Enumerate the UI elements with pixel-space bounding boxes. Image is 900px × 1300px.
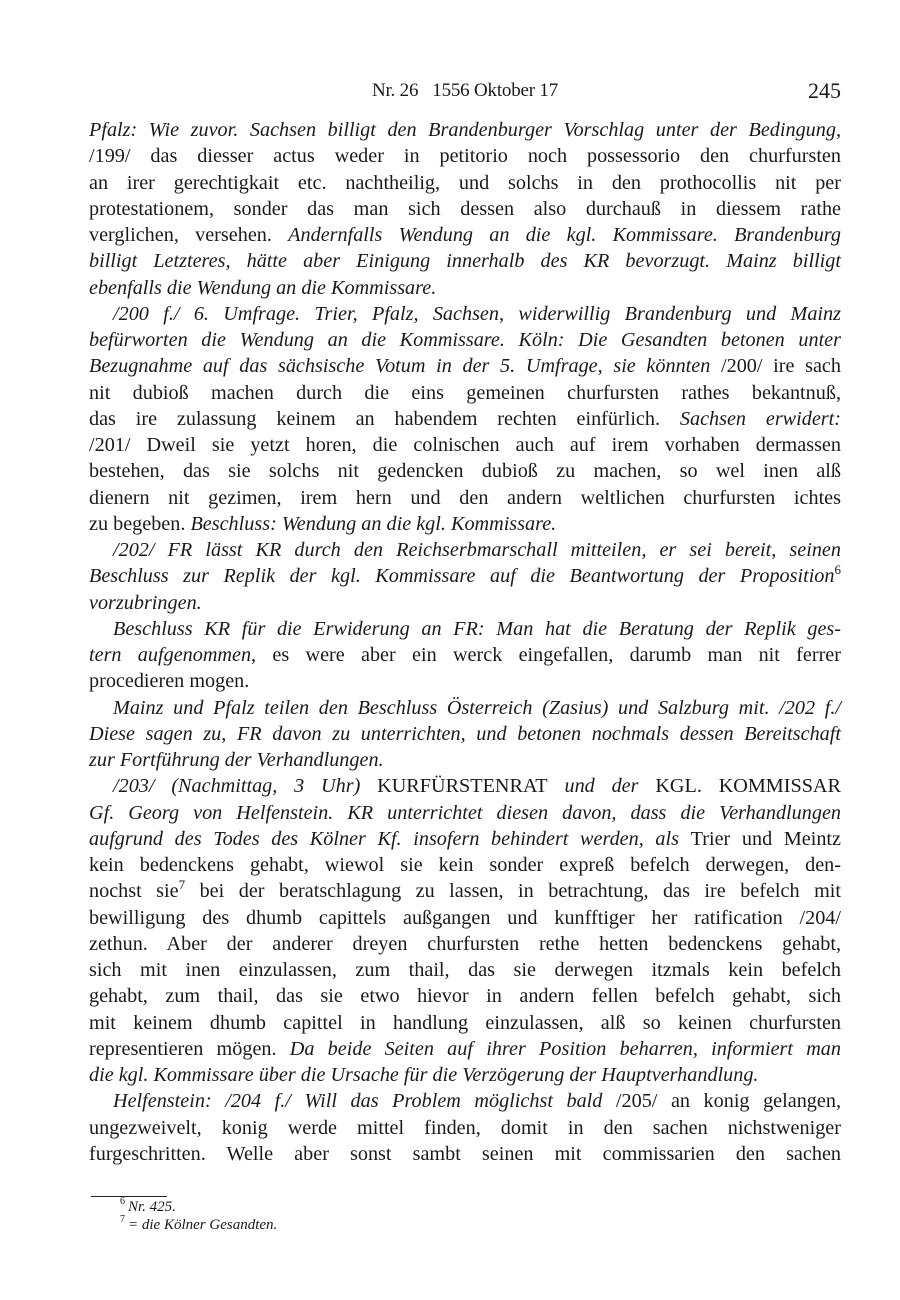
source-quotation: /200/ ire sach — [721, 355, 841, 377]
text-line: dienern nit gezimen, irem hern und den a… — [89, 485, 841, 511]
text-line: gehabt, zum thail, das sie etwo hievor i… — [89, 983, 841, 1009]
text-line: tern aufgenommen, es were aber ein werck… — [89, 642, 841, 668]
text-line: representieren mögen. Da beide Seiten au… — [89, 1036, 841, 1062]
footnote-marker: 6 — [120, 1196, 125, 1207]
source-quotation: sich mit inen einzulassen, zum thail, da… — [89, 959, 841, 981]
text-line: kein bedenckens gehabt, wiewol sie kein … — [89, 852, 841, 878]
editorial-text: die kgl. Kommissare über die Ursache für… — [89, 1064, 758, 1086]
text-line: an irer gerechtigkait etc. nachtheilig, … — [89, 170, 841, 196]
text-line: Gf. Georg von Helfenstein. KR unterricht… — [89, 800, 841, 826]
text-line: bestehen, das sie solchs nit gedencken d… — [89, 458, 841, 484]
source-quotation: verglichen, versehen. — [89, 224, 288, 246]
text-line: aufgrund des Todes des Kölner Kf. insofe… — [89, 826, 841, 852]
text-line: /203/ (Nachmittag, 3 Uhr) KURFÜRSTENRAT … — [89, 773, 841, 799]
editorial-text: Bezugnahme auf das sächsische Votum in d… — [89, 355, 721, 377]
source-quotation: KURFÜRSTENRAT — [377, 775, 548, 797]
source-quotation: bewilligung des dhumb capittels außgange… — [89, 907, 841, 929]
source-quotation: nit dubioß machen durch die eins gemeine… — [89, 382, 841, 404]
editorial-text: Gf. Georg von Helfenstein. KR unterricht… — [89, 802, 841, 824]
text-line: billigt Letzteres, hätte aber Einigung i… — [89, 248, 841, 274]
source-quotation: representieren mögen. — [89, 1038, 290, 1060]
footnote-text: Nr. 425. — [128, 1199, 176, 1215]
source-quotation: dienern nit gezimen, irem hern und den a… — [89, 487, 841, 509]
source-quotation: bei der beratschlagung zu lassen, in bet… — [185, 880, 841, 902]
text-line: protestationem, sonder das man sich dess… — [89, 196, 841, 222]
running-head-title: Nr. 261556 Oktober 17 — [89, 80, 841, 102]
source-quotation: das ire zulassung keinem an habendem rec… — [89, 408, 680, 430]
footnote-marker: 7 — [120, 1214, 125, 1225]
text-line: Mainz und Pfalz teilen den Beschluss Öst… — [89, 695, 841, 721]
source-quotation: nochst sie — [89, 880, 179, 902]
footnote-separator — [91, 1196, 167, 1197]
footnote: 7= die Kölner Gesandten. — [120, 1217, 277, 1235]
source-quotation: zethun. Aber der anderer dreyen churfurs… — [89, 933, 841, 955]
source-quotation: Trier und Meintz — [691, 828, 841, 850]
editorial-text: Mainz und Pfalz teilen den Beschluss Öst… — [113, 697, 841, 719]
text-line: Beschluss zur Replik der kgl. Kommissare… — [89, 563, 841, 589]
editorial-text: ebenfalls die Wendung an die Kommissare. — [89, 277, 436, 299]
editorial-text: Sachsen erwidert: — [680, 408, 841, 430]
source-quotation: mit keinem dhumb capittel in handlung ei… — [89, 1012, 841, 1034]
text-line: furgeschritten. Welle aber sonst sambt s… — [89, 1141, 841, 1167]
editorial-text: /203/ (Nachmittag, 3 Uhr) — [113, 775, 377, 797]
footnote: 6Nr. 425. — [120, 1199, 277, 1217]
editorial-text: Beschluss KR für die Erwiderung an FR: M… — [113, 618, 841, 640]
source-quotation: an irer gerechtigkait etc. nachtheilig, … — [89, 172, 841, 194]
source-quotation: gehabt, zum thail, das sie etwo hievor i… — [89, 985, 841, 1007]
editorial-text: und der — [548, 775, 656, 797]
text-line: zu begeben. Beschluss: Wendung an die kg… — [89, 511, 841, 537]
source-quotation: es were aber ein werck eingefallen, daru… — [256, 644, 841, 666]
editorial-text: aufgrund des Todes des Kölner Kf. insofe… — [89, 828, 691, 850]
editorial-text: tern aufgenommen, — [89, 644, 256, 666]
editorial-text: billigt Letzteres, hätte aber Einigung i… — [89, 250, 841, 272]
footnote-text: = die Kölner Gesandten. — [128, 1217, 277, 1233]
footnotes: 6Nr. 425.7= die Kölner Gesandten. — [120, 1199, 277, 1234]
editorial-text: befürworten die Wendung an die Kommissar… — [89, 329, 841, 351]
editorial-text: Andernfalls Wendung an die kgl. Kommissa… — [288, 224, 841, 246]
text-line: Bezugnahme auf das sächsische Votum in d… — [89, 353, 841, 379]
text-line: bewilligung des dhumb capittels außgange… — [89, 905, 841, 931]
text-line: Diese sagen zu, FR davon zu unterrichten… — [89, 721, 841, 747]
editorial-text: Pfalz: Wie zuvor. Sachsen billigt den Br… — [89, 119, 841, 141]
source-quotation: /199/ das diesser actus weder in petitor… — [89, 145, 841, 167]
running-head: Nr. 261556 Oktober 17 245 — [89, 80, 841, 106]
source-quotation: bestehen, das sie solchs nit gedencken d… — [89, 460, 841, 482]
text-line: nit dubioß machen durch die eins gemeine… — [89, 380, 841, 406]
source-quotation: protestationem, sonder das man sich dess… — [89, 198, 841, 220]
page-number: 245 — [808, 78, 841, 104]
text-line: /199/ das diesser actus weder in petitor… — [89, 143, 841, 169]
source-quotation: furgeschritten. Welle aber sonst sambt s… — [89, 1143, 841, 1165]
text-line: /202/ FR lässt KR durch den Reichserbmar… — [89, 537, 841, 563]
text-line: mit keinem dhumb capittel in handlung ei… — [89, 1010, 841, 1036]
text-line: /201/ Dweil sie yetzt horen, die colnisc… — [89, 432, 841, 458]
document-page: Nr. 261556 Oktober 17 245 Pfalz: Wie zuv… — [0, 0, 900, 1300]
editorial-text: vorzubringen. — [89, 592, 202, 614]
text-line: befürworten die Wendung an die Kommissar… — [89, 327, 841, 353]
editorial-text: Da beide Seiten auf ihrer Position behar… — [290, 1038, 841, 1060]
editorial-text: zur Fortführung der Verhandlungen. — [89, 749, 384, 771]
text-line: zethun. Aber der anderer dreyen churfurs… — [89, 931, 841, 957]
text-line: vorzubringen. — [89, 590, 841, 616]
text-line: die kgl. Kommissare über die Ursache für… — [89, 1062, 841, 1088]
text-line: das ire zulassung keinem an habendem rec… — [89, 406, 841, 432]
text-line: sich mit inen einzulassen, zum thail, da… — [89, 957, 841, 983]
text-line: verglichen, versehen. Andernfalls Wendun… — [89, 222, 841, 248]
text-line: Pfalz: Wie zuvor. Sachsen billigt den Br… — [89, 117, 841, 143]
text-line: Beschluss KR für die Erwiderung an FR: M… — [89, 616, 841, 642]
source-quotation: procedieren mogen. — [89, 670, 249, 692]
text-line: ebenfalls die Wendung an die Kommissare. — [89, 275, 841, 301]
body-text: Pfalz: Wie zuvor. Sachsen billigt den Br… — [89, 117, 841, 1167]
editorial-text: Beschluss zur Replik der kgl. Kommissare… — [89, 565, 835, 587]
text-line: Helfenstein: /204 f./ Will das Problem m… — [89, 1088, 841, 1114]
document-number: Nr. 26 — [372, 80, 418, 101]
source-quotation: /205/ an konig gelangen, — [616, 1090, 841, 1112]
text-line: /200 f./ 6. Umfrage. Trier, Pfalz, Sachs… — [89, 301, 841, 327]
editorial-text: /200 f./ 6. Umfrage. Trier, Pfalz, Sachs… — [113, 303, 841, 325]
editorial-text: Diese sagen zu, FR davon zu unterrichten… — [89, 723, 841, 745]
editorial-text: Beschluss: Wendung an die kgl. Kommissar… — [190, 513, 556, 535]
text-line: nochst sie7 bei der beratschlagung zu la… — [89, 878, 841, 904]
footnote-reference[interactable]: 6 — [835, 562, 842, 577]
source-quotation: ungezweivelt, konig werde mittel finden,… — [89, 1117, 841, 1139]
text-line: procedieren mogen. — [89, 668, 841, 694]
source-quotation: /201/ Dweil sie yetzt horen, die colnisc… — [89, 434, 841, 456]
source-quotation: kein bedenckens gehabt, wiewol sie kein … — [89, 854, 841, 876]
editorial-text: /202/ FR lässt KR durch den Reichserbmar… — [113, 539, 841, 561]
text-line: ungezweivelt, konig werde mittel finden,… — [89, 1115, 841, 1141]
editorial-text: Helfenstein: /204 f./ Will das Problem m… — [113, 1090, 616, 1112]
footnote-reference[interactable]: 7 — [179, 877, 186, 892]
text-line: zur Fortführung der Verhandlungen. — [89, 747, 841, 773]
source-quotation: zu begeben. — [89, 513, 190, 535]
document-date: 1556 Oktober 17 — [432, 80, 558, 101]
source-quotation: KGL. KOMMISSAR — [655, 775, 841, 797]
